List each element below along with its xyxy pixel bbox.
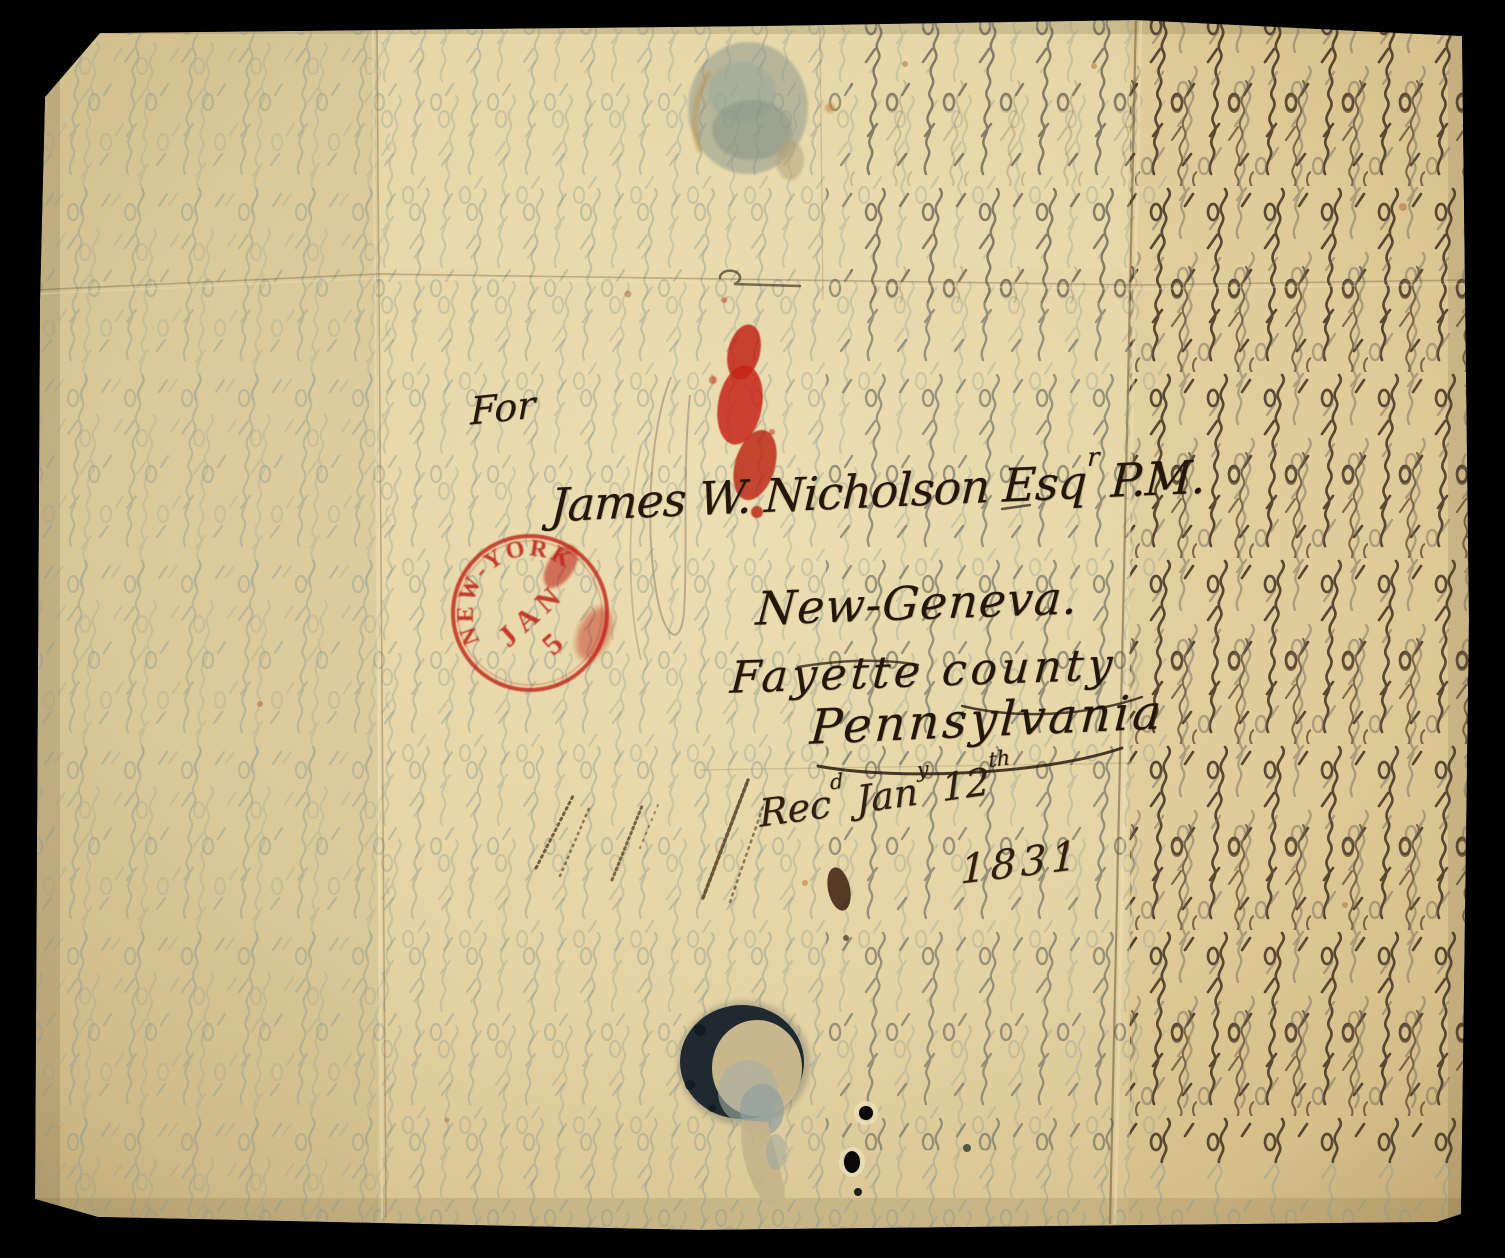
recipient-title: P.M. <box>1096 450 1206 509</box>
paper-grain-texture <box>34 6 1470 1232</box>
docket-received-superscript: d <box>829 769 844 795</box>
recipient-name-superscript: r <box>1087 442 1099 472</box>
address-town-line: New-Geneva. <box>754 570 1080 635</box>
scan-background: { "letter": { "salutation": "For", "addr… <box>0 0 1505 1258</box>
letter-sheet-artwork: NEW-YORK JAN 5 <box>0 0 1505 1258</box>
docket-day: 12 <box>928 759 990 812</box>
address-salutation: For <box>470 382 535 433</box>
docket-day-superscript: th <box>988 746 1011 773</box>
docket-month-superscript: y <box>916 757 929 783</box>
